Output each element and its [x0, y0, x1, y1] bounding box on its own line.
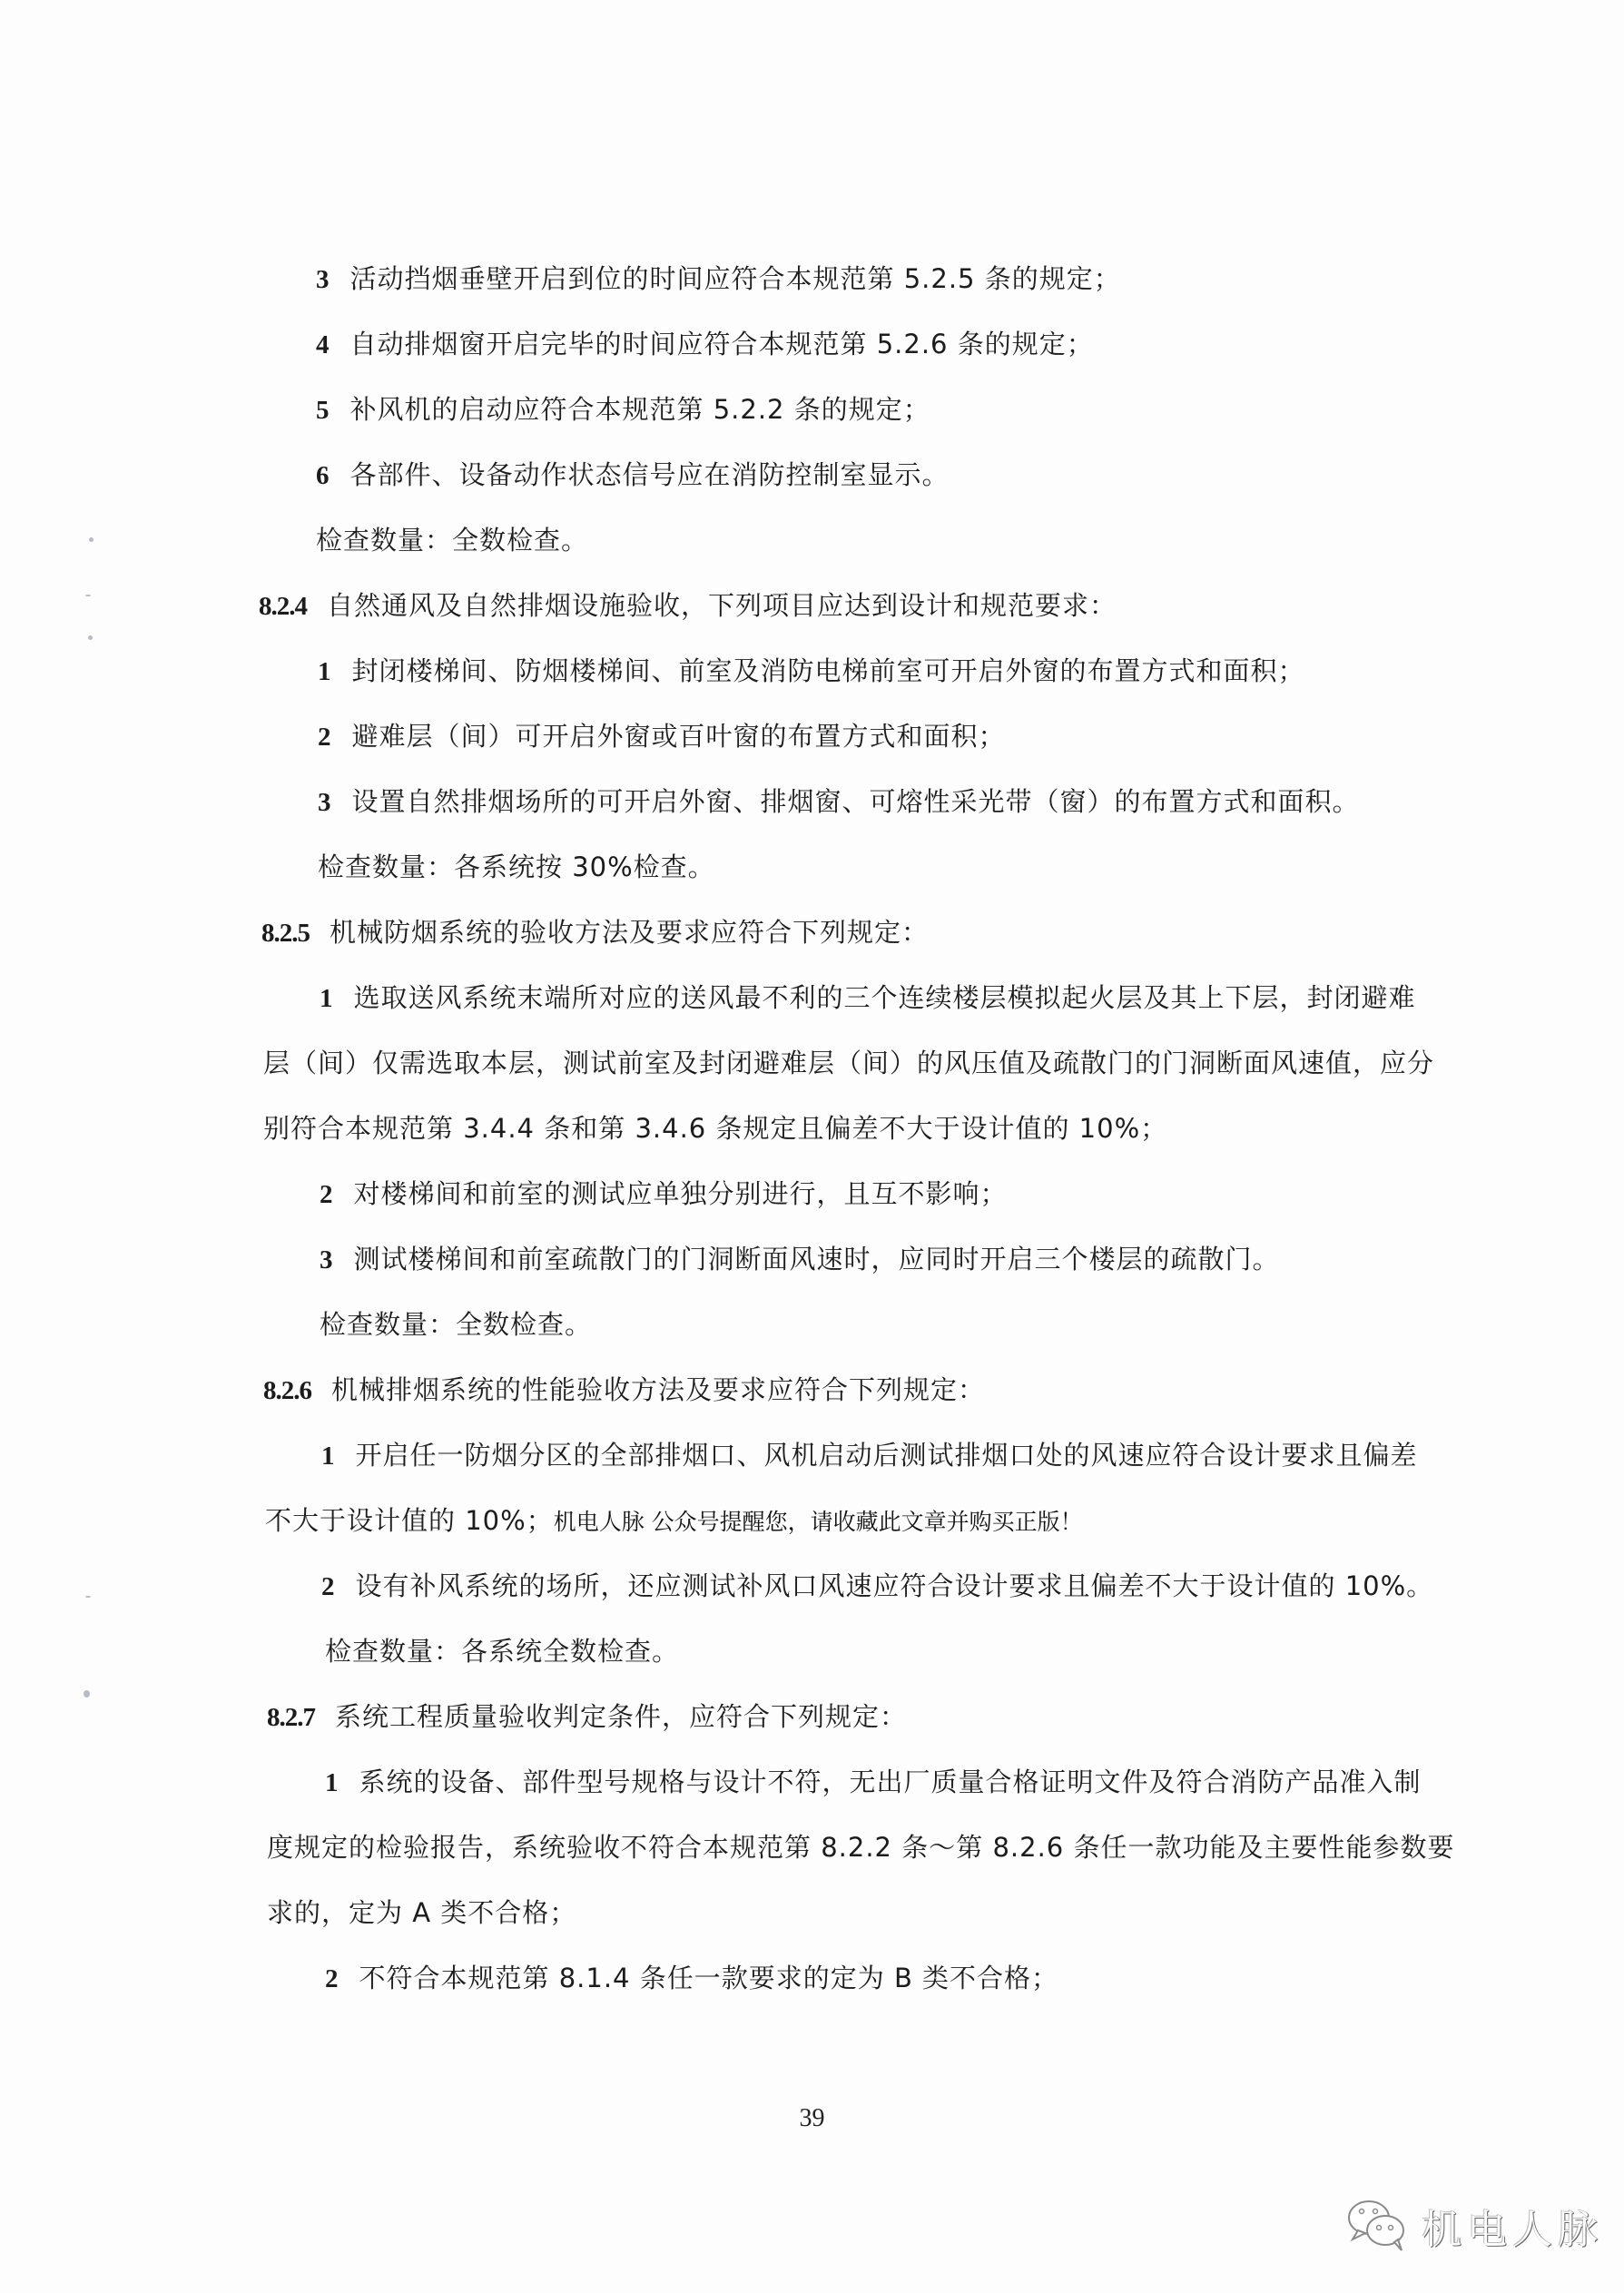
list-item-continuation: 不大于设计值的 10%；机电人脉 公众号提醒您，请收藏此文章并购买正版！ [265, 1502, 1083, 1540]
list-item: 1开启任一防烟分区的全部排烟口、风机启动后测试排烟口处的风速应符合设计要求且偏差 [321, 1437, 1418, 1474]
list-item: 3设置自然排烟场所的可开启外窗、排烟窗、可熔性采光带（窗）的布置方式和面积。 [318, 783, 1360, 821]
list-item-continuation: 度规定的检验报告，系统验收不符合本规范第 8.2.2 条～第 8.2.6 条任一… [267, 1829, 1454, 1865]
inline-watermark-text: 机电人脉 公众号提醒您，请收藏此文章并购买正版！ [554, 1509, 1083, 1535]
section-heading: 8.2.4自然通风及自然排烟设施验收，下列项目应达到设计和规范要求： [259, 587, 1117, 625]
list-item-continuation: 求的，定为 A 类不合格； [267, 1894, 576, 1931]
check-quantity: 检查数量：全数检查。 [316, 522, 588, 558]
check-quantity: 检查数量：全数检查。 [320, 1306, 592, 1343]
list-item: 4自动排烟窗开启完毕的时间应符合本规范第 5.2.6 条的规定； [316, 326, 1094, 363]
list-item: 1选取送风系统末端所对应的送风最不利的三个连续楼层模拟起火层及其上下层，封闭避难 [320, 979, 1416, 1017]
list-item-continuation: 别符合本规范第 3.4.4 条和第 3.4.6 条规定且偏差不大于设计值的 10… [263, 1110, 1167, 1146]
list-item: 3活动挡烟垂壁开启到位的时间应符合本规范第 5.2.5 条的规定； [316, 261, 1121, 298]
list-item: 2设有补风系统的场所，还应测试补风口风速应符合设计要求且偏差不大于设计值的 10… [321, 1568, 1433, 1605]
scan-speck [88, 635, 93, 640]
list-item: 1系统的设备、部件型号规格与设计不符，无出厂质量合格证明文件及符合消防产品准入制 [325, 1764, 1422, 1801]
wechat-watermark: 机电人脉 [1342, 2190, 1603, 2262]
list-item: 3测试楼梯间和前室疏散门的门洞断面风速时，应同时开启三个楼层的疏散门。 [320, 1241, 1280, 1278]
list-item-continuation: 层（间）仅需选取本层，测试前室及封闭避难层（间）的风压值及疏散门的门洞断面风速值… [263, 1045, 1434, 1081]
section-heading: 8.2.5机械防烟系统的验收方法及要求应符合下列规定： [261, 914, 929, 951]
list-item: 2避难层（间）可开启外窗或百叶窗的布置方式和面积； [318, 718, 1006, 755]
scan-speck [85, 1596, 91, 1598]
list-item: 5补风机的启动应符合本规范第 5.2.2 条的规定； [316, 391, 930, 428]
scan-speck [85, 595, 91, 596]
list-item: 2对楼梯间和前室的测试应单独分别进行，且互不影响； [320, 1176, 1008, 1213]
list-item: 2不符合本规范第 8.1.4 条任一款要求的定为 B 类不合格； [325, 1960, 1058, 1997]
scan-speck [84, 1690, 90, 1698]
section-heading: 8.2.7系统工程质量验收判定条件，应符合下列规定： [267, 1698, 907, 1736]
scan-speck [89, 537, 94, 542]
list-item: 6各部件、设备动作状态信号应在消防控制室显示。 [316, 457, 950, 494]
page-number: 39 [0, 2104, 1624, 2133]
wechat-icon [1342, 2194, 1411, 2258]
check-quantity: 检查数量：各系统全数检查。 [325, 1633, 679, 1669]
list-item: 1封闭楼梯间、防烟楼梯间、前室及消防电梯前室可开启外窗的布置方式和面积； [318, 653, 1305, 690]
section-heading: 8.2.6机械排烟系统的性能验收方法及要求应符合下列规定： [263, 1372, 985, 1409]
document-page: 3活动挡烟垂壁开启到位的时间应符合本规范第 5.2.5 条的规定； 4自动排烟窗… [0, 0, 1624, 2293]
check-quantity: 检查数量：各系统按 30%检查。 [318, 849, 715, 885]
watermark-text: 机电人脉 [1422, 2197, 1603, 2255]
